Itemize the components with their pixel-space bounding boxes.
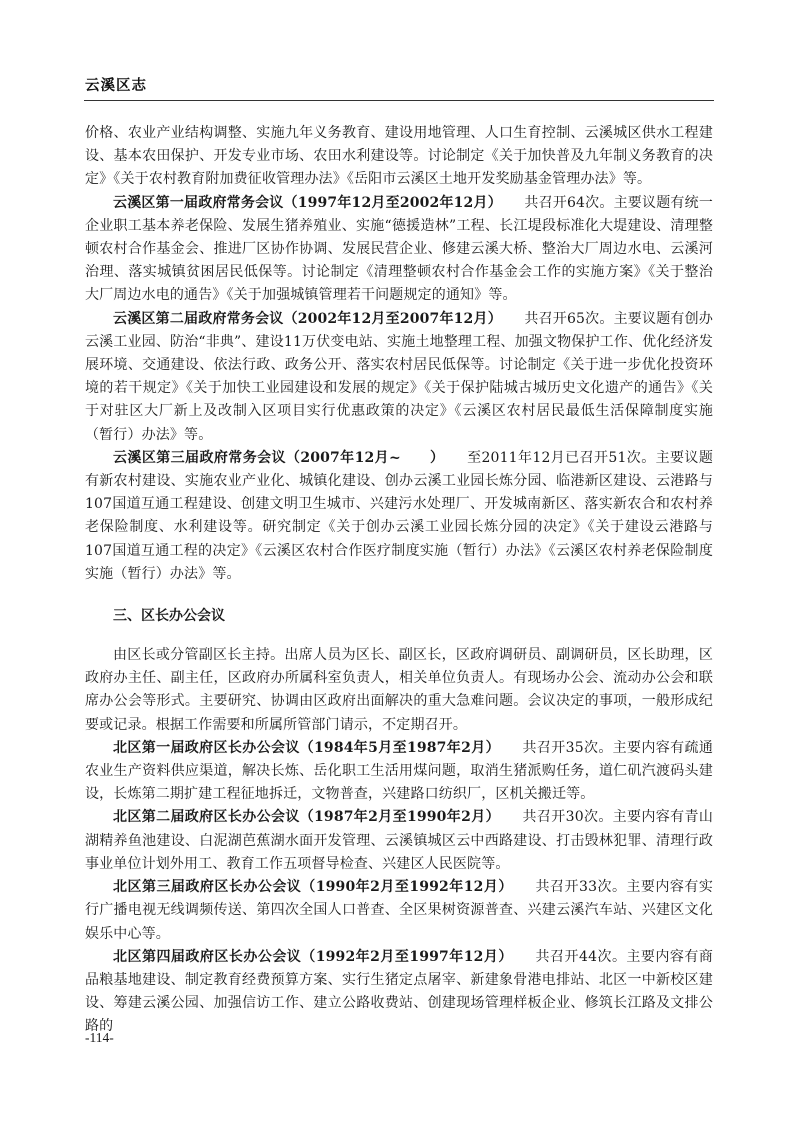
paragraph-office-meeting-intro: 由区长或分管副区长主持。出席人员为区长、副区长，区政府调研员、副调研员，区长助理… bbox=[85, 644, 713, 737]
header-rule bbox=[84, 100, 714, 101]
entry-title: 云溪区第二届政府常务会议（2002年12月至2007年12月） bbox=[113, 311, 502, 327]
paragraph-north-second-office-meeting: 北区第二届政府区长办公会议（1987年2月至1990年2月）共召开30次。主要内… bbox=[85, 806, 713, 876]
entry-body: 至2011年12月已召开51次。主要议题有新农村建设、实施农业产业化、城镇化建设… bbox=[85, 450, 713, 582]
paragraph-continued: 价格、农业产业结构调整、实施九年义务教育、建设用地管理、人口生育控制、云溪城区供… bbox=[85, 122, 713, 192]
paragraph-north-fourth-office-meeting: 北区第四届政府区长办公会议（1992年2月至1997年12月）共召开44次。主要… bbox=[85, 946, 713, 1039]
entry-body: 共召开65次。主要议题有创办云溪工业园、防治“非典”、建设11万伏变电站、实施土… bbox=[85, 311, 713, 443]
entry-title: 云溪区第三届政府常务会议（2007年12月~ ） bbox=[113, 450, 444, 466]
paragraph-third-standing-meeting: 云溪区第三届政府常务会议（2007年12月~ ）至2011年12月已召开51次。… bbox=[85, 447, 713, 586]
entry-title: 北区第二届政府区长办公会议（1987年2月至1990年2月） bbox=[113, 809, 500, 825]
paragraph-north-first-office-meeting: 北区第一届政府区长办公会议（1984年5月至1987年2月）共召开35次。主要内… bbox=[85, 737, 713, 807]
paragraph-second-standing-meeting: 云溪区第二届政府常务会议（2002年12月至2007年12月）共召开65次。主要… bbox=[85, 308, 713, 447]
entry-title: 北区第一届政府区长办公会议（1984年5月至1987年2月） bbox=[113, 740, 500, 756]
paragraph-first-standing-meeting: 云溪区第一届政府常务会议（1997年12月至2002年12月）共召开64次。主要… bbox=[85, 192, 713, 308]
paragraph-north-third-office-meeting: 北区第三届政府区长办公会议（1990年2月至1992年12月）共召开33次。主要… bbox=[85, 876, 713, 946]
entry-title: 云溪区第一届政府常务会议（1997年12月至2002年12月） bbox=[113, 195, 502, 211]
page-number: -114- bbox=[85, 1030, 114, 1046]
page-body: 价格、农业产业结构调整、实施九年义务教育、建设用地管理、人口生育控制、云溪城区供… bbox=[85, 122, 713, 1039]
entry-title: 北区第四届政府区长办公会议（1992年2月至1997年12月） bbox=[113, 949, 513, 965]
running-header-title: 云溪区志 bbox=[85, 74, 147, 95]
entry-title: 北区第三届政府区长办公会议（1990年2月至1992年12月） bbox=[113, 879, 513, 895]
section-heading: 三、区长办公会议 bbox=[113, 606, 713, 626]
